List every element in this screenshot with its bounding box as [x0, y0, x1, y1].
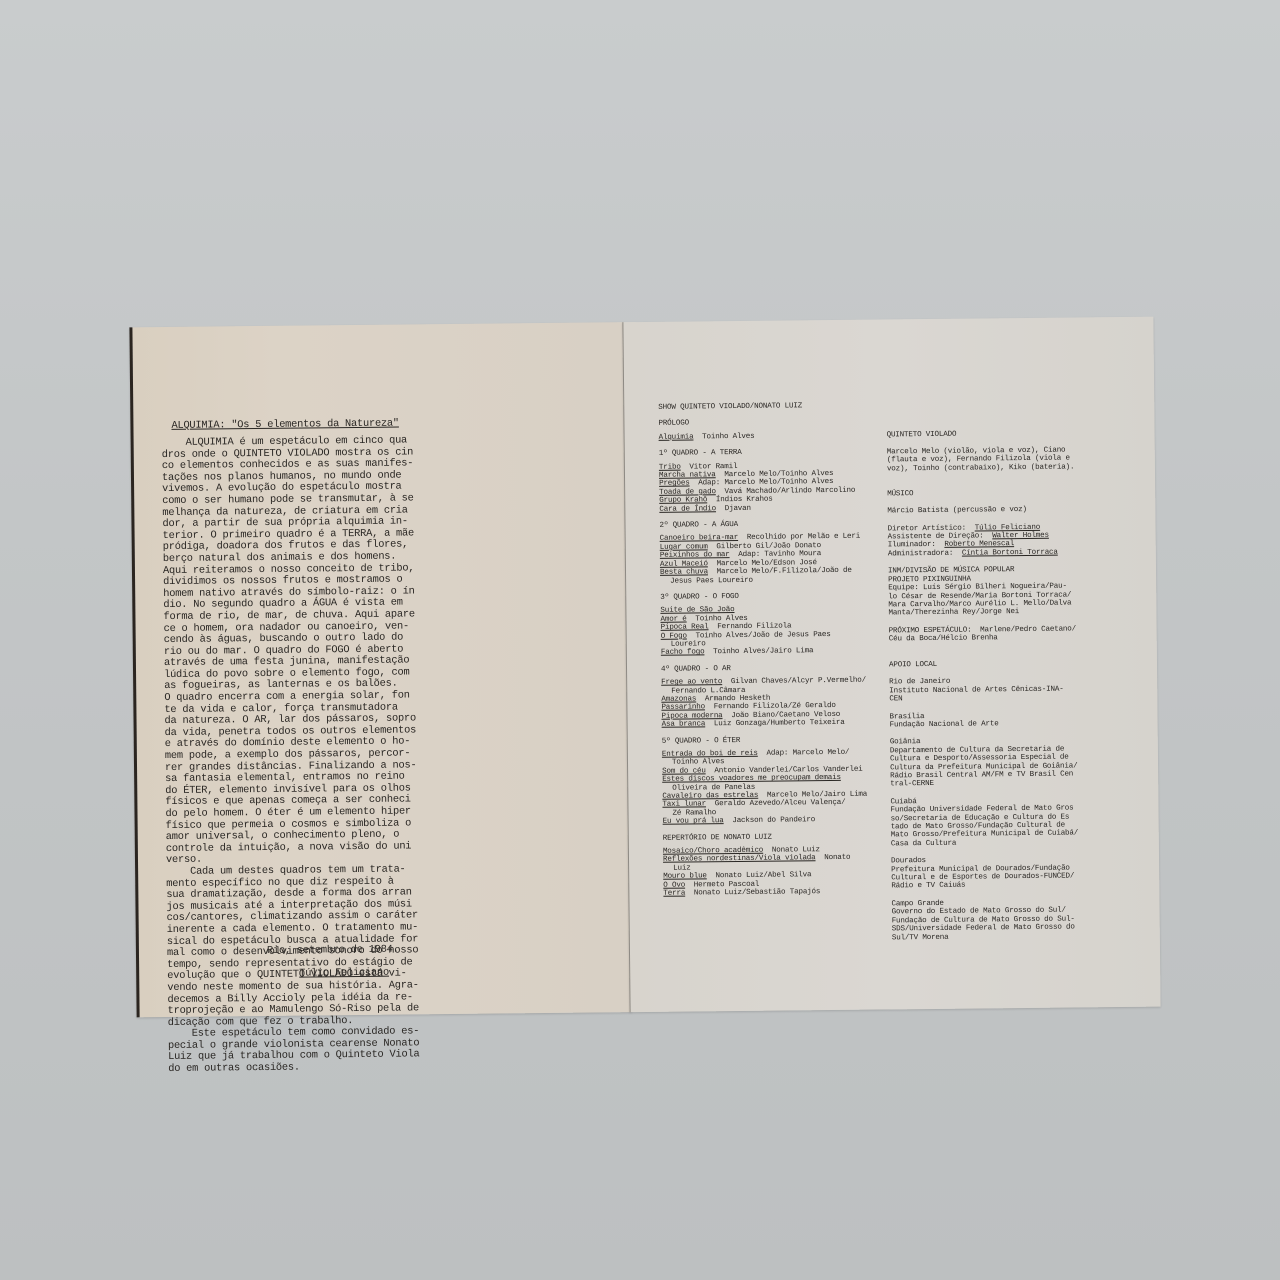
song-title: Pregões [659, 480, 690, 488]
program-item: Facho fogo Toinho Alves/Jairo Lima [661, 647, 891, 658]
song-title: Entrada do boi de reis [662, 750, 758, 759]
song-credit-continued: Jesus Paes Loureiro [660, 575, 890, 586]
staff-role: Administradora: [888, 550, 962, 559]
song-title: Besta chuva [660, 568, 708, 577]
song-title: Frege ao vento [661, 678, 722, 687]
song-credit: Marcelo Melo/Jairo Lima [758, 791, 867, 800]
show-header: SHOW QUINTETO VIOLADO/NONATO LUIZ [658, 401, 888, 412]
song-title: Lugar comum [660, 543, 708, 552]
support-heading-block: APOIO LOCAL [889, 659, 1139, 670]
support-line: Casa da Cultura [891, 838, 1141, 849]
staff-name: Walter Holmes [992, 532, 1049, 541]
song-credit: Nonato [815, 854, 850, 862]
song-credit: Gilvan Chaves/Alcyr P.Vermelho/ [722, 677, 866, 687]
song-credit: Hermeto Pascoal [685, 880, 759, 889]
song-credit: Toinho Alves/Jairo Lima [704, 648, 813, 657]
support-line: Rádio e TV Caiuás [891, 880, 1141, 891]
song-credit: Nonato Luiz/Abel Silva [707, 872, 812, 881]
song-title: Facho fogo [661, 649, 705, 657]
support-entry: CuiabáFundação Universidade Federal de M… [890, 796, 1141, 849]
song-title: Peixinhos do mar [660, 551, 730, 560]
song-title: Grupo Krahô [659, 497, 707, 506]
song-credit: Nonato Luiz [763, 846, 820, 855]
inm-line: Manta/Therezinha Rey/Jorge Nei [888, 607, 1138, 618]
musician-block: MÚSICO Márcio Batista (percussão e voz) [887, 488, 1137, 516]
song-credit: Armando Hesketh [696, 695, 770, 704]
staff-name: Cíntia Bortoni Torraca [962, 549, 1058, 558]
support-entry: GoiâniaDepartamento de Cultura da Secret… [890, 736, 1141, 789]
section-heading: 5º QUADRO - O ÉTER [662, 735, 892, 746]
song-credit: Vavá Machado/Arlindo Marcolino [716, 487, 856, 496]
staff-row: Administradora: Cíntia Bortoni Torraca [888, 548, 1138, 559]
song-title: Mouro blue [663, 873, 707, 881]
program-item: Asa branca Luiz Gonzaga/Humberto Teixeir… [662, 719, 892, 730]
song-credit: Djavan [716, 505, 751, 513]
support-entry: BrasíliaFundação Nacional de Arte [889, 710, 1139, 729]
song-title: Taxi lunar [662, 801, 706, 809]
song-title: O Fogo [661, 632, 687, 640]
song-credit: Toinho Alves/João de Jesus Paes [687, 631, 831, 641]
inm-block: INM/DIVISÃO DE MÚSICA POPULARPROJETO PIX… [888, 565, 1139, 618]
song-title: Canoeiro beira-mar [660, 534, 739, 543]
program-item: Terra Nonato Luiz/Sebastião Tapajós [663, 887, 893, 898]
support-line: Fundação Nacional de Arte [890, 719, 1140, 730]
section-heading: 4º QUADRO - O AR [661, 663, 891, 674]
song-credit: Toinho Alves [687, 615, 748, 624]
support-entry: DouradosPrefeitura Municipal de Dourados… [891, 855, 1141, 891]
song-credit: Jackson do Pandeiro [724, 816, 816, 825]
song-title: Eu vou prá lua [663, 817, 724, 826]
support-line: tral-CERNE [890, 778, 1140, 789]
song-credit: Adap: Marcelo Melo/ [758, 749, 850, 758]
song-credit: Nonato Luiz/Sebastião Tapajós [685, 888, 820, 897]
next-show-block: PRÓXIMO ESPETÁCULO: Marlene/Pedro Caetan… [889, 625, 1139, 653]
song-title: Reflexões nordestinas/Viola violada [663, 855, 816, 865]
song-title: Cara de Índio [659, 505, 716, 514]
song-title: Terra [663, 890, 685, 898]
staff-block: Diretor Artístico: Túlio FelicianoAssist… [888, 522, 1138, 558]
song-title: O Ovo [663, 881, 685, 889]
song-title: Suite de São João [660, 606, 734, 615]
song-title: Asa branca [662, 721, 706, 729]
song-credit: Toinho Alves [693, 433, 754, 442]
support-entry: Rio de JaneiroInstituto Nacional de Arte… [889, 676, 1139, 704]
program-column: SHOW QUINTETO VIOLADO/NONATO LUIZ PRÓLOG… [658, 401, 893, 898]
section-heading: REPERTÓRIO DE NONATO LUIZ [663, 832, 893, 843]
song-credit: Geraldo Azevedo/Alceu Valença/ [706, 799, 846, 808]
program-item: Cara de Índio Djavan [659, 503, 889, 514]
support-heading: APOIO LOCAL [889, 659, 1139, 670]
section-heading: 1º QUADRO - A TERRA [659, 448, 889, 459]
song-title: Passarinho [661, 704, 705, 712]
support-entry: Campo GrandeGoverno do Estado de Mato Gr… [891, 898, 1141, 943]
song-title: Amor é [660, 615, 686, 623]
staff-role: Iluminador: [888, 541, 945, 550]
song-credit: Fernando Filizola [708, 623, 791, 632]
song-title: Marcha nativa [659, 471, 716, 480]
song-credit: Recolhido por Melão e Leri [738, 533, 860, 542]
song-credit: Luiz Gonzaga/Humberto Teixeira [705, 719, 845, 728]
right-page: SHOW QUINTETO VIOLADO/NONATO LUIZ PRÓLOG… [622, 317, 1160, 1013]
program-list: PRÓLOGOAlquimia Toinho Alves1º QUADRO - … [658, 418, 893, 898]
left-page-signature: Túlio Feliciano [299, 968, 389, 981]
song-title: Som do céu [662, 767, 706, 775]
section-heading: 3º QUADRO - O FOGO [660, 591, 890, 602]
section-heading: 2º QUADRO - A ÁGUA [659, 519, 889, 530]
staff-name: Túlio Feliciano [975, 523, 1040, 532]
song-credit: Vitor Ramil [681, 463, 738, 472]
program-item: Alquimia Toinho Alves [659, 431, 889, 442]
left-page-date: Rio, setembro de 1984. [267, 945, 399, 958]
song-title: Tribo [659, 463, 681, 471]
left-page-title: ALQUIMIA: "Os 5 elementos da Natureza" [171, 419, 399, 433]
left-page-body: ALQUIMIA é um espetáculo em cinco qua dr… [162, 435, 420, 1075]
credits-column: QUINTETO VIOLADO Marcelo Melo (violão, v… [887, 429, 1142, 951]
left-page: ALQUIMIA: "Os 5 elementos da Natureza" A… [129, 322, 631, 1017]
musician-line: Márcio Batista (percussão e voz) [887, 505, 1137, 516]
song-title: Azul Maceió [660, 560, 708, 569]
staff-name: Roberto Menescal [944, 541, 1014, 550]
song-title: Pipoca moderna [661, 712, 722, 721]
song-credit: Índios Krahos [707, 496, 772, 505]
group-block: QUINTETO VIOLADO Marcelo Melo (violão, v… [887, 429, 1138, 482]
song-title: Amazonas [661, 695, 696, 703]
song-title: Estes discos voadores me preocupam demai… [662, 774, 841, 784]
program-sheet: ALQUIMIA: "Os 5 elementos da Natureza" A… [129, 317, 1156, 1018]
section-heading: PRÓLOGO [658, 418, 888, 429]
song-credit: Marcelo Melo/F.Filizola/João de [708, 567, 852, 577]
song-title: Alquimia [659, 433, 694, 441]
song-title: Pipoca Real [661, 623, 709, 632]
program-item: Eu vou prá lua Jackson do Pandeiro [663, 816, 893, 827]
